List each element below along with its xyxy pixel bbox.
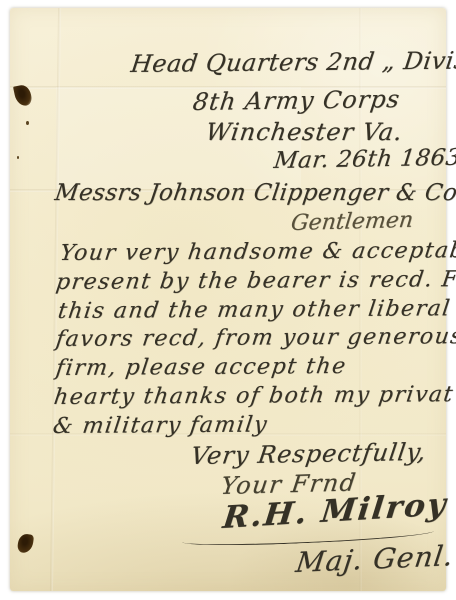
body-line: Your very handsome & acceptable [58, 238, 456, 266]
body-line: hearty thanks of both my privat [52, 382, 455, 410]
addressee-line: Messrs Johnson Clippenger & Co [53, 180, 456, 206]
body-line: favors recd, from your generous [54, 324, 456, 352]
body-line: this and the many other liberal [56, 296, 452, 324]
ink-speck [17, 156, 19, 159]
ink-speck [26, 121, 29, 125]
letterhead-line-2: 8th Army Corps [191, 85, 402, 116]
body-line: & military family [51, 413, 269, 439]
body-line: firm, please accept the [54, 354, 348, 381]
body-line: present by the bearer is recd. For [54, 267, 456, 295]
signature-rank: Maj. Genl. [294, 539, 456, 579]
ink-blot [17, 533, 34, 554]
letterhead-line-3: Winchester Va. [204, 118, 405, 146]
letter-scan: Head Quarters 2nd „ Division 8th Army Co… [0, 0, 456, 600]
letter-paper: Head Quarters 2nd „ Division 8th Army Co… [10, 8, 446, 591]
ink-blot [13, 84, 33, 108]
closing-line-1: Very Respectfully, [189, 438, 428, 470]
salutation-line: Gentlemen [290, 208, 415, 236]
date-line: Mar. 26th 1863 [272, 145, 456, 174]
letterhead-line-1: Head Quarters 2nd „ Division [129, 46, 456, 78]
